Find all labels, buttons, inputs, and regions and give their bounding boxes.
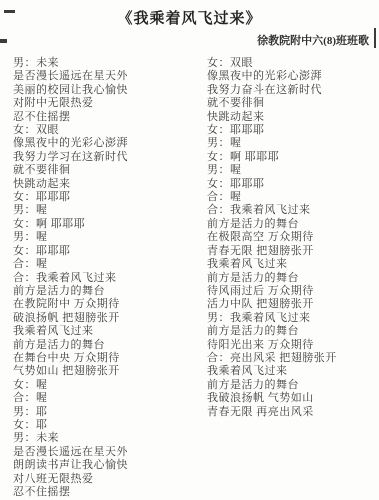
lyrics-column-right: 女：双眼像黑夜中的光彩心澎湃我努力奋斗在这新时代就不要徘徊快跳动起来女：耶耶耶男… bbox=[192, 57, 379, 499]
lyric-line: 男：未来 bbox=[13, 432, 192, 445]
lyric-line: 气势如山 把翅膀张开 bbox=[13, 365, 192, 378]
lyric-line: 女：耶耶耶 bbox=[13, 191, 192, 204]
lyric-line: 前方是活力的舞台 bbox=[207, 325, 379, 338]
lyric-line: 男：我乘着风飞过来 bbox=[207, 312, 379, 325]
lyrics-sheet-page: 《我乘着风飞过来》 徐教院附中六(8)班班歌 男：未来是否漫长遥远在星天外美丽的… bbox=[0, 0, 379, 500]
lyric-line: 活力中队 把翅膀张开 bbox=[207, 298, 379, 311]
lyric-line: 女：啊 耶耶耶 bbox=[207, 151, 379, 164]
lyric-line: 朗朗读书声让我心愉快 bbox=[13, 459, 192, 472]
lyric-line: 合：我乘着风飞过来 bbox=[13, 272, 192, 285]
lyric-line: 我努力学习在这新时代 bbox=[13, 151, 192, 164]
lyric-line: 对八班无限热爱 bbox=[13, 473, 192, 486]
lyric-line: 前方是活力的舞台 bbox=[207, 272, 379, 285]
scan-artifact bbox=[0, 39, 7, 43]
lyric-line: 前方是活力的舞台 bbox=[13, 339, 192, 352]
lyric-line: 女：双眼 bbox=[207, 57, 379, 70]
lyric-line: 像黑夜中的光彩心澎湃 bbox=[207, 70, 379, 83]
lyric-line: 快跳动起来 bbox=[207, 111, 379, 124]
lyric-line: 待风雨过后 万众期待 bbox=[207, 285, 379, 298]
lyric-line: 女：耶耶耶 bbox=[207, 178, 379, 191]
lyric-line: 合：亮出风采 把翅膀张开 bbox=[207, 352, 379, 365]
lyric-line: 男：喔 bbox=[13, 204, 192, 217]
lyric-line: 男：喔 bbox=[207, 137, 379, 150]
lyrics-column-left: 男：未来是否漫长遥远在星天外美丽的校园让我心愉快对附中无限热爱忍不住摇摆女：双眼… bbox=[0, 57, 192, 499]
lyric-line: 合：喔 bbox=[13, 258, 192, 271]
lyric-line: 忍不住摇摆 bbox=[13, 486, 192, 499]
lyrics-columns: 男：未来是否漫长遥远在星天外美丽的校园让我心愉快对附中无限热爱忍不住摇摆女：双眼… bbox=[0, 57, 379, 499]
lyric-line: 是否漫长遥远在星天外 bbox=[13, 70, 192, 83]
lyric-line: 对附中无限热爱 bbox=[13, 97, 192, 110]
lyric-line: 忍不住摇摆 bbox=[13, 111, 192, 124]
scan-artifact bbox=[4, 10, 15, 13]
lyric-line: 在教院附中 万众期待 bbox=[13, 298, 192, 311]
song-subtitle: 徐教院附中六(8)班班歌 bbox=[0, 32, 379, 48]
lyric-line: 女：耶耶耶 bbox=[207, 124, 379, 137]
lyric-line: 就不要徘徊 bbox=[13, 164, 192, 177]
lyric-line: 在舞台中央 万众期待 bbox=[13, 352, 192, 365]
lyric-line: 女：耶 bbox=[13, 419, 192, 432]
lyric-line: 快跳动起来 bbox=[13, 178, 192, 191]
lyric-line: 男：未来 bbox=[13, 57, 192, 70]
lyric-line: 女：啊 耶耶耶 bbox=[13, 218, 192, 231]
lyric-line: 前方是活力的舞台 bbox=[207, 379, 379, 392]
lyric-line: 就不要徘徊 bbox=[207, 97, 379, 110]
lyric-line: 前方是活力的舞台 bbox=[207, 218, 379, 231]
lyric-line: 破浪扬帆 把翅膀张开 bbox=[13, 312, 192, 325]
lyric-line: 男：喔 bbox=[207, 164, 379, 177]
lyric-line: 合：喔 bbox=[207, 191, 379, 204]
lyric-line: 我破浪扬帆 气势如山 bbox=[207, 392, 379, 405]
song-title: 《我乘着风飞过来》 bbox=[0, 7, 379, 28]
lyric-line: 女：耶耶耶 bbox=[13, 245, 192, 258]
lyric-line: 合：喔 bbox=[13, 392, 192, 405]
scan-artifact bbox=[374, 28, 376, 48]
lyric-line: 女：喔 bbox=[13, 379, 192, 392]
lyric-line: 待阳光出来 万众期待 bbox=[207, 339, 379, 352]
lyric-line: 男：喔 bbox=[13, 231, 192, 244]
lyric-line: 青春无限 把翅膀张开 bbox=[207, 245, 379, 258]
lyric-line: 女：双眼 bbox=[13, 124, 192, 137]
lyric-line: 男：耶 bbox=[13, 406, 192, 419]
lyric-line: 像黑夜中的光彩心澎湃 bbox=[13, 137, 192, 150]
lyric-line: 我乘着风飞过来 bbox=[207, 365, 379, 378]
lyric-line: 我努力奋斗在这新时代 bbox=[207, 84, 379, 97]
lyric-line: 青春无限 再亮出风采 bbox=[207, 406, 379, 419]
lyric-line: 合：我乘着风飞过来 bbox=[207, 204, 379, 217]
lyric-line: 美丽的校园让我心愉快 bbox=[13, 84, 192, 97]
lyric-line: 我乘着风飞过来 bbox=[207, 258, 379, 271]
lyric-line: 我乘着风飞过来 bbox=[13, 325, 192, 338]
lyric-line: 在极限高空 万众期待 bbox=[207, 231, 379, 244]
lyric-line: 前方是活力的舞台 bbox=[13, 285, 192, 298]
lyric-line: 是否漫长遥远在星天外 bbox=[13, 446, 192, 459]
